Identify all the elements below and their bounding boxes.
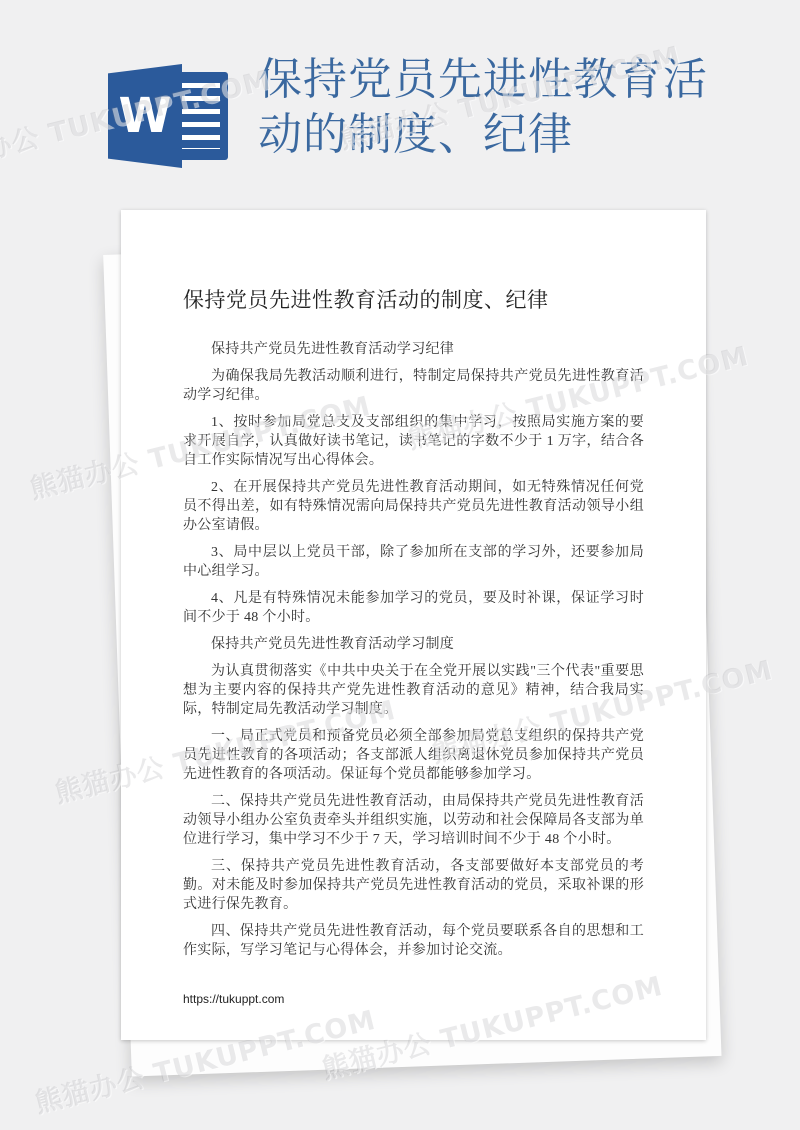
document-body: 保持共产党员先进性教育活动学习纪律为确保我局先教活动顺利进行，特制定局保持共产党… bbox=[183, 340, 644, 960]
word-icon: W bbox=[108, 64, 228, 168]
footer-url: https://tukuppt.com bbox=[183, 992, 284, 1006]
document-page: 保持党员先进性教育活动的制度、纪律 保持共产党员先进性教育活动学习纪律为确保我局… bbox=[121, 210, 706, 1040]
header: W 保持党员先进性教育活动的制度、纪律 bbox=[0, 0, 800, 200]
paragraph: 三、保持共产党员先进性教育活动，各支部要做好本支部党员的考勤。对未能及时参加保持… bbox=[183, 857, 644, 914]
paragraph: 为认真贯彻落实《中共中央关于在全党开展以实践"三个代表"重要思想为主要内容的保持… bbox=[183, 662, 644, 719]
page-background: { "header": { "title": "保持党员先进性教育活动的制度、纪… bbox=[0, 0, 800, 1130]
paragraph: 二、保持共产党员先进性教育活动，由局保持共产党员先进性教育活动领导小组办公室负责… bbox=[183, 792, 644, 849]
paragraph: 保持共产党员先进性教育活动学习纪律 bbox=[183, 340, 644, 359]
document-title: 保持党员先进性教育活动的制度、纪律 bbox=[183, 284, 644, 314]
paragraph: 1、按时参加局党总支及支部组织的集中学习，按照局实施方案的要求开展自学，认真做好… bbox=[183, 413, 644, 470]
page-title: 保持党员先进性教育活动的制度、纪律 bbox=[258, 52, 710, 162]
word-icon-doc-lines bbox=[179, 83, 220, 149]
word-icon-w-panel: W bbox=[108, 64, 182, 168]
paragraph: 为确保我局先教活动顺利进行，特制定局保持共产党员先进性教育活动学习纪律。 bbox=[183, 367, 644, 405]
paragraph: 保持共产党员先进性教育活动学习制度 bbox=[183, 635, 644, 654]
paragraph: 4、凡是有特殊情况未能参加学习的党员，要及时补课，保证学习时间不少于 48 个小… bbox=[183, 589, 644, 627]
word-icon-letter: W bbox=[119, 92, 172, 140]
paragraph: 一、局正式党员和预备党员必须全部参加局党总支组织的保持共产党员先进性教育的各项活… bbox=[183, 727, 644, 784]
paragraph: 2、在开展保持共产党员先进性教育活动期间，如无特殊情况任何党员不得出差，如有特殊… bbox=[183, 478, 644, 535]
paragraph: 3、局中层以上党员干部，除了参加所在支部的学习外，还要参加局中心组学习。 bbox=[183, 543, 644, 581]
paragraph: 四、保持共产党员先进性教育活动，每个党员要联系各自的思想和工作实际，写学习笔记与… bbox=[183, 922, 644, 960]
